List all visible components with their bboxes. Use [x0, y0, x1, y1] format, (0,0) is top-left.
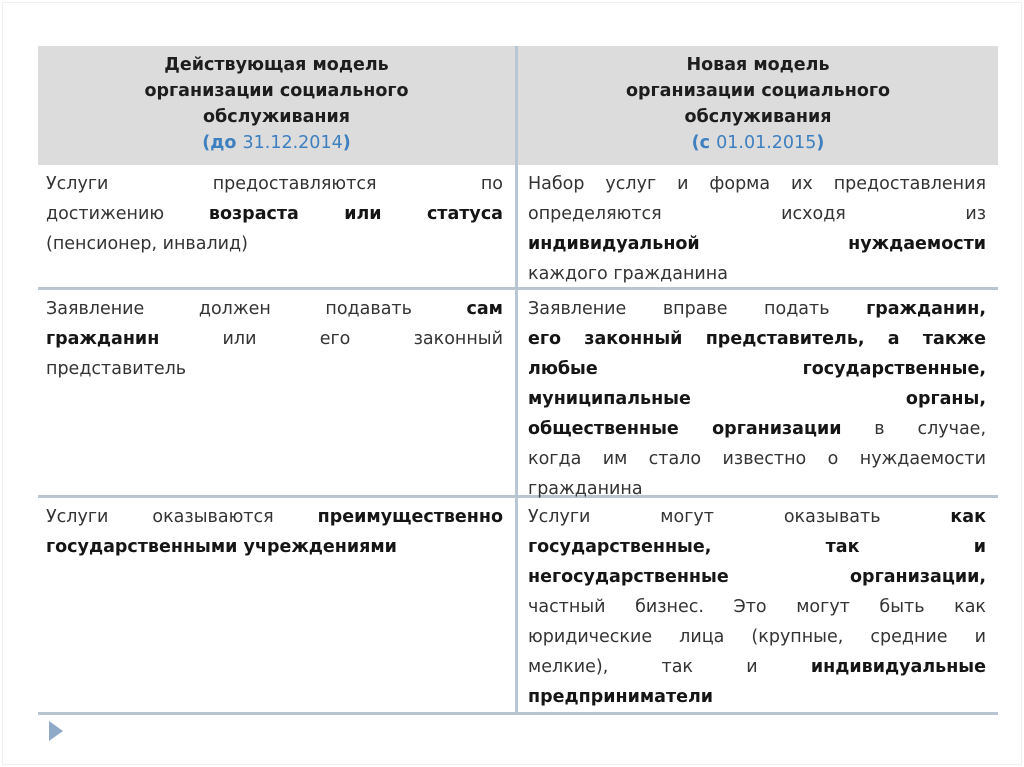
text-run: или его законный: [159, 329, 503, 349]
cell-text-line: государственными учреждениями: [46, 532, 503, 562]
cell-text-line: определяются исходя из: [528, 199, 986, 229]
text-run: гражданина: [528, 479, 643, 499]
cell-text-line: государственные, так и: [528, 532, 986, 562]
text-run: частный бизнес. Это могут быть как: [528, 597, 986, 617]
emphasis-text: сам: [467, 299, 504, 319]
emphasis-text: гражданин,: [866, 299, 986, 319]
cell-current-model: Услуги оказываются преимущественногосуда…: [38, 498, 518, 712]
date-suffix: ): [816, 133, 824, 153]
cell-text-line: общественные организации в случае,: [528, 414, 986, 444]
header-date: (с 01.01.2015): [518, 130, 998, 156]
text-run: когда им стало известно о нуждаемости: [528, 449, 986, 469]
cell-text-line: Заявление вправе подать гражданин,: [528, 294, 986, 324]
header-title-line: обслуживания: [518, 104, 998, 130]
cell-text-line: Услуги оказываются преимущественно: [46, 502, 503, 532]
emphasis-text: преимущественно: [318, 507, 503, 527]
text-run: определяются исходя из: [528, 204, 986, 224]
emphasis-text: негосударственные организации,: [528, 567, 986, 587]
date-prefix: (до: [202, 133, 242, 153]
text-run: Услуги предоставляются по: [46, 174, 503, 194]
text-run: мелкие), так и: [528, 657, 811, 677]
cell-text-line: представитель: [46, 354, 503, 384]
cell-current-model: Заявление должен подавать самгражданин и…: [38, 290, 518, 495]
emphasis-text: его законный представитель, а также: [528, 329, 986, 349]
text-run: представитель: [46, 359, 186, 379]
emphasis-text: муниципальные органы,: [528, 389, 986, 409]
text-run: в случае,: [841, 419, 986, 439]
header-title-line: организации социального: [38, 78, 515, 104]
emphasis-text: индивидуальные: [811, 657, 986, 677]
date-prefix: (с: [692, 133, 716, 153]
header-title-line: Действующая модель: [38, 52, 515, 78]
date-suffix: ): [343, 133, 351, 153]
emphasis-text: государственными учреждениями: [46, 537, 397, 557]
header-date: (до 31.12.2014): [38, 130, 515, 156]
cell-text-line: предприниматели: [528, 682, 986, 712]
text-run: каждого гражданина: [528, 264, 728, 284]
triangle-right-icon: [49, 721, 63, 741]
comparison-table: Действующая модель организации социально…: [38, 46, 998, 715]
text-run: Услуги оказываются: [46, 507, 318, 527]
table-row: Услуги предоставляются подостижению возр…: [38, 165, 998, 290]
cell-text-line: гражданин или его законный: [46, 324, 503, 354]
cell-new-model: Заявление вправе подать гражданин,его за…: [518, 290, 998, 495]
text-run: юридические лица (крупные, средние и: [528, 627, 986, 647]
table-row: Заявление должен подавать самгражданин и…: [38, 290, 998, 498]
cell-text-line: негосударственные организации,: [528, 562, 986, 592]
emphasis-text: как: [950, 507, 986, 527]
header-current-model: Действующая модель организации социально…: [38, 46, 518, 165]
cell-text-line: его законный представитель, а также: [528, 324, 986, 354]
cell-text-line: юридические лица (крупные, средние и: [528, 622, 986, 652]
cell-current-model: Услуги предоставляются подостижению возр…: [38, 165, 518, 287]
emphasis-text: предприниматели: [528, 687, 713, 707]
emphasis-text: гражданин: [46, 329, 159, 349]
text-run: Услуги могут оказывать: [528, 507, 950, 527]
cell-text-line: каждого гражданина: [528, 259, 986, 289]
cell-text-line: Заявление должен подавать сам: [46, 294, 503, 324]
cell-text-line: Услуги могут оказывать как: [528, 502, 986, 532]
header-title-line: Новая модель: [518, 52, 998, 78]
text-run: (пенсионер, инвалид): [46, 234, 248, 254]
table-header-row: Действующая модель организации социально…: [38, 46, 998, 165]
emphasis-text: возраста или статуса: [209, 204, 503, 224]
cell-text-line: когда им стало известно о нуждаемости: [528, 444, 986, 474]
cell-text-line: достижению возраста или статуса: [46, 199, 503, 229]
header-title-line: обслуживания: [38, 104, 515, 130]
cell-text-line: индивидуальной нуждаемости: [528, 229, 986, 259]
text-run: достижению: [46, 204, 209, 224]
table-row: Услуги оказываются преимущественногосуда…: [38, 498, 998, 715]
date-value: 31.12.2014: [243, 133, 343, 153]
cell-text-line: Услуги предоставляются по: [46, 169, 503, 199]
emphasis-text: индивидуальной нуждаемости: [528, 234, 986, 254]
emphasis-text: общественные организации: [528, 419, 841, 439]
header-title-line: организации социального: [518, 78, 998, 104]
cell-text-line: мелкие), так и индивидуальные: [528, 652, 986, 682]
cell-new-model: Набор услуг и форма их предоставленияопр…: [518, 165, 998, 287]
text-run: Заявление вправе подать: [528, 299, 866, 319]
date-value: 01.01.2015: [716, 133, 816, 153]
text-run: Заявление должен подавать: [46, 299, 467, 319]
cell-new-model: Услуги могут оказывать какгосударственны…: [518, 498, 998, 712]
cell-text-line: Набор услуг и форма их предоставления: [528, 169, 986, 199]
cell-text-line: (пенсионер, инвалид): [46, 229, 503, 259]
cell-text-line: частный бизнес. Это могут быть как: [528, 592, 986, 622]
text-run: Набор услуг и форма их предоставления: [528, 174, 986, 194]
cell-text-line: муниципальные органы,: [528, 384, 986, 414]
cell-text-line: любые государственные,: [528, 354, 986, 384]
emphasis-text: государственные, так и: [528, 537, 986, 557]
header-new-model: Новая модель организации социального обс…: [518, 46, 998, 165]
emphasis-text: любые государственные,: [528, 359, 986, 379]
